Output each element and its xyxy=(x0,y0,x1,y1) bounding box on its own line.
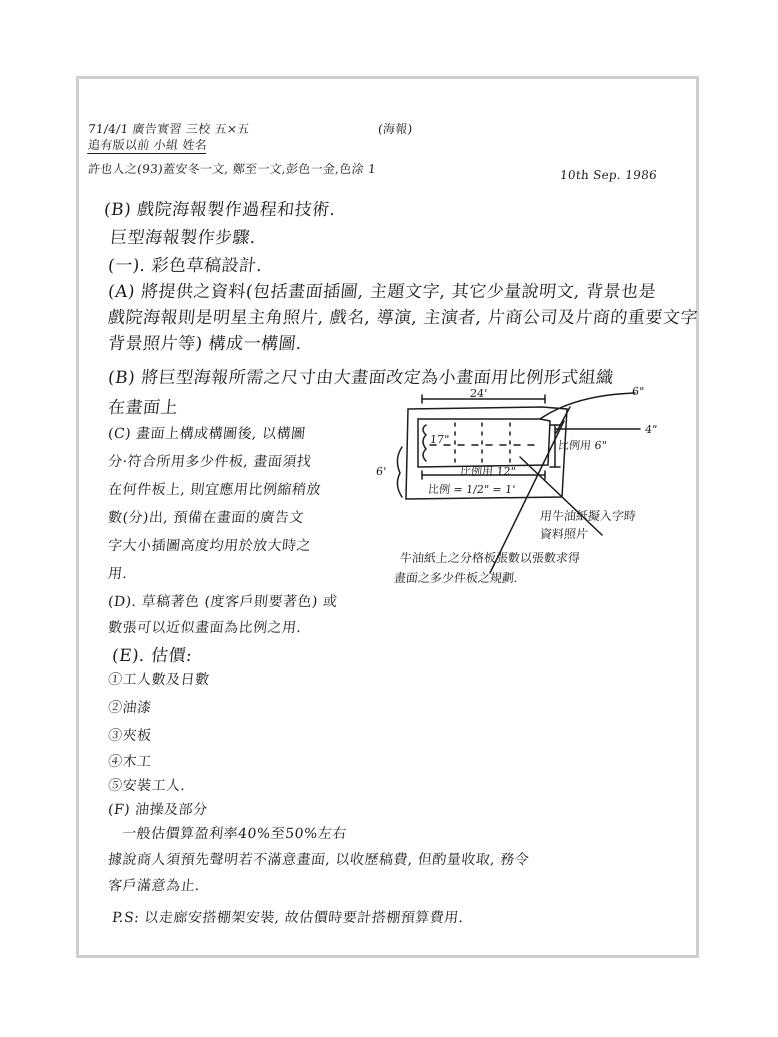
para-c-line: 字大小插圖高度均用於放大時之 xyxy=(107,538,312,554)
pricing-heading: (F) 油操及部分 xyxy=(107,802,208,818)
header-topic: (海報) xyxy=(377,122,413,136)
pricing-line: 客戶滿意為止. xyxy=(107,878,201,894)
diagram-note-right: 資料照片 xyxy=(539,525,589,542)
ps-note: P.S: 以走廊安搭棚架安裝, 故估價時要計搭棚預算費用. xyxy=(111,910,464,926)
para-a-line: (A) 將提供之資料(包括畫面插圖, 主題文字, 其它少量說明文, 背景也是 xyxy=(107,282,657,302)
para-c-line: 分·符合所用多少件板, 畫面須找 xyxy=(107,454,312,470)
estimate-item: ③夾板 xyxy=(107,728,152,744)
diagram-bottom-label: 比例用 12" xyxy=(459,463,516,479)
estimate-heading: (E). 估價: xyxy=(111,646,193,666)
diagram-width-label: 24' xyxy=(469,387,487,400)
header-course-line: 71/4/1 廣告實習 三校 五×五 xyxy=(87,122,250,136)
estimate-item: ②油漆 xyxy=(107,700,152,716)
para-a-line: 戲院海報則是明星主角照片, 戲名, 導演, 主演者, 片商公司及片商的重要文字 xyxy=(107,308,699,328)
diagram-right-label: 4" xyxy=(644,423,657,436)
para-b-line: 在畫面上 xyxy=(107,398,179,418)
diagram-scale-label: 比例 = 1/2" = 1' xyxy=(427,481,516,497)
diagram-top-right-label: 6" xyxy=(631,385,644,398)
diagram-left-label: 6' xyxy=(375,465,386,478)
header-group-line: 追有版以前 小組 姓名 xyxy=(87,138,208,154)
para-c-line: 數(分)出, 預備在畫面的廣告文 xyxy=(107,510,305,526)
header-members: 許也人之(93)蓋安冬一文, 鄭至一文,彭色一金,色涂 1 xyxy=(87,162,377,176)
para-a-line: 背景照片等) 構成一構圖. xyxy=(107,334,303,354)
para-c-line: (C) 畫面上構成構圖後, 以構圖 xyxy=(107,426,306,442)
estimate-item: ④木工 xyxy=(107,754,152,770)
diagram-note-bottom: 畫面之多少件板之規劃. xyxy=(393,569,519,586)
section-subtitle: 巨型海報製作步驟. xyxy=(109,228,257,248)
para-d-line: 數張可以近似畫面為比例之用. xyxy=(107,620,302,636)
diagram-scale-right-label: 比例用 6" xyxy=(557,437,607,453)
diagram-note-right: 用牛油紙擬入字時 xyxy=(539,507,637,524)
step-heading: (一). 彩色草稿設計. xyxy=(107,256,264,276)
para-d-line: (D). 草稿著色 (度客戶則要著色) 或 xyxy=(107,594,338,610)
para-c-line: 用. xyxy=(107,566,128,582)
section-title: (B) 戲院海報製作過程和技術. xyxy=(103,200,337,220)
para-c-line: 在何件板上, 則宜應用比例縮稍放 xyxy=(107,482,322,498)
estimate-item: ⑤安裝工人. xyxy=(107,778,186,794)
billboard-diagram: 24' 6" 4" 17" 比例用 6" 比例用 12" 比例 = 1/2" =… xyxy=(370,385,700,600)
header-date: 10th Sep. 1986 xyxy=(559,168,657,182)
pricing-line: 一般估價算盈利率40%至50%左右 xyxy=(121,826,347,842)
diagram-note-bottom: 牛油紙上之分格板張數以張數求得 xyxy=(399,549,581,566)
diagram-height-label: 17" xyxy=(429,433,449,446)
pricing-line: 據說商人須預先聲明若不滿意畫面, 以收歷稿費, 但酌量收取, 務令 xyxy=(107,852,530,868)
estimate-item: ①工人數及日數 xyxy=(107,672,210,688)
